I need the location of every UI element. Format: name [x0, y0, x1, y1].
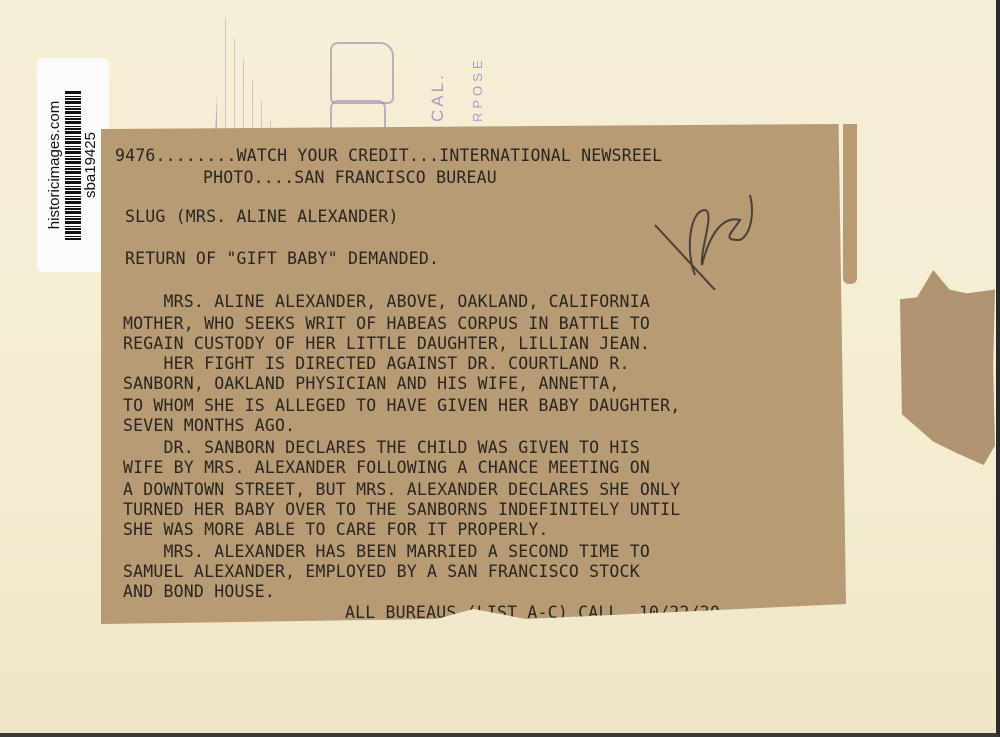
caption-body-line: AND BOND HOUSE. [123, 582, 275, 601]
caption-body-line: DR. SANBORN DECLARES THE CHILD WAS GIVEN… [123, 438, 640, 457]
caption-header-line-2: PHOTO....SAN FRANCISCO BUREAU [203, 168, 497, 187]
barcode-label: historicimages.com sba19425 [37, 58, 109, 272]
caption-body-line: MRS. ALINE ALEXANDER, ABOVE, OAKLAND, CA… [123, 292, 650, 311]
caption-slug: SLUG (MRS. ALINE ALEXANDER) [125, 207, 399, 226]
stamp-fan-mark [215, 8, 277, 136]
stamp-outline-mark [330, 42, 394, 104]
stamp-purpose-text: RPOSE [470, 56, 485, 122]
photo-back-paper: historicimages.com sba19425 CAL. RPOSE 9… [0, 0, 1000, 737]
caption-body-line: TO WHOM SHE IS ALLEGED TO HAVE GIVEN HER… [123, 396, 680, 415]
caption-card-strip [843, 124, 857, 284]
caption-body-line: MRS. ALEXANDER HAS BEEN MARRIED A SECOND… [123, 542, 650, 561]
caption-header-line-1: 9476........WATCH YOUR CREDIT...INTERNAT… [115, 146, 662, 165]
label-site-text: historicimages.com [47, 101, 63, 229]
caption-body-line: A DOWNTOWN STREET, BUT MRS. ALEXANDER DE… [123, 480, 680, 499]
barcode-icon [65, 90, 81, 240]
caption-body-line: TURNED HER BABY OVER TO THE SANBORNS IND… [123, 500, 680, 519]
caption-body-line: REGAIN CUSTODY OF HER LITTLE DAUGHTER, L… [123, 334, 650, 353]
caption-body-line: MOTHER, WHO SEEKS WRIT OF HABEAS CORPUS … [123, 314, 650, 333]
handwritten-signature-icon [650, 180, 760, 290]
label-id-text: sba19425 [83, 132, 99, 198]
caption-body-line: SEVEN MONTHS AGO. [123, 416, 295, 435]
caption-footer: ALL BUREAUS (LIST A-C) CALL..10/22/30 [345, 603, 720, 622]
caption-body-line: WIFE BY MRS. ALEXANDER FOLLOWING A CHANC… [123, 458, 650, 477]
caption-body-line: SAMUEL ALEXANDER, EMPLOYED BY A SAN FRAN… [123, 562, 640, 581]
torn-paper-remnant [900, 270, 995, 465]
caption-body-line: HER FIGHT IS DIRECTED AGAINST DR. COURTL… [123, 354, 630, 373]
caption-body-line: SANBORN, OAKLAND PHYSICIAN AND HIS WIFE,… [123, 374, 620, 393]
caption-body-line: SHE WAS MORE ABLE TO CARE FOR IT PROPERL… [123, 520, 549, 539]
stamp-city-text: CAL. [428, 72, 448, 122]
caption-headline: RETURN OF "GIFT BABY" DEMANDED. [125, 249, 439, 268]
